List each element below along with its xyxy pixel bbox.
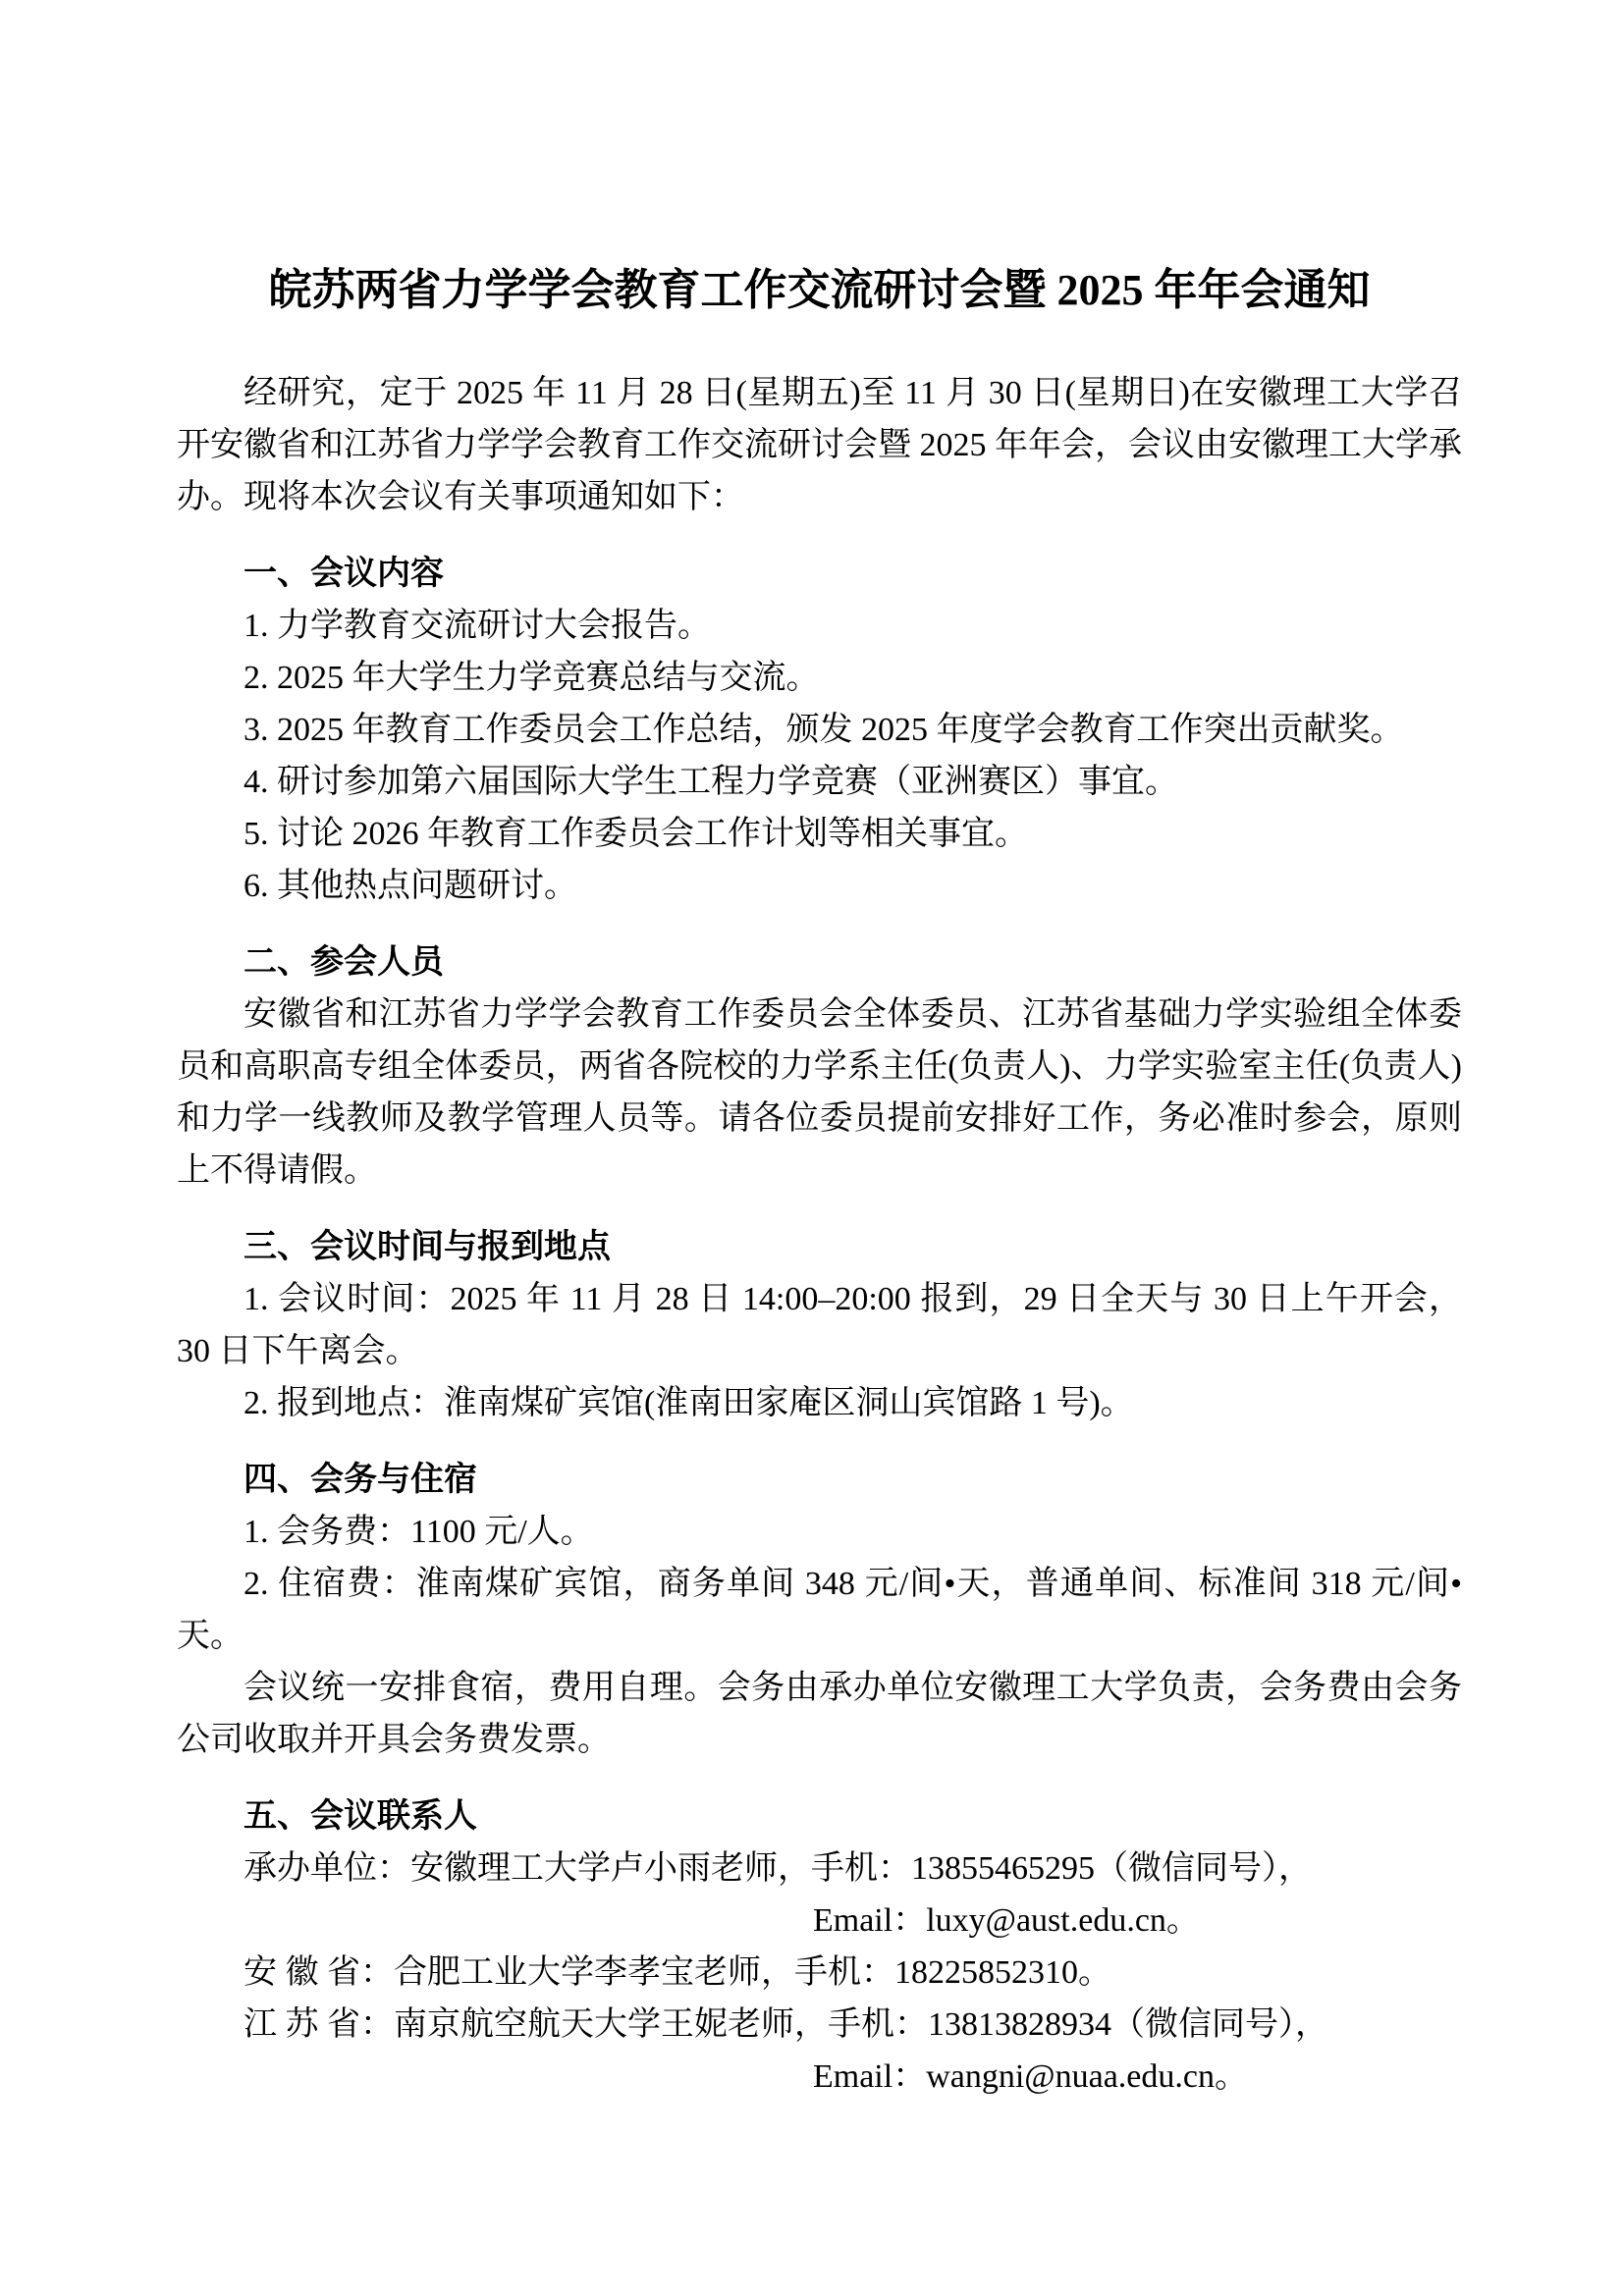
- intro-paragraph: 经研究，定于 2025 年 11 月 28 日(星期五)至 11 月 30 日(…: [177, 367, 1462, 523]
- section-heading-logistics-lodging: 四、会务与住宿: [177, 1454, 1462, 1506]
- list-item: 4. 研讨参加第六届国际大学生工程力学竞赛（亚洲赛区）事宜。: [177, 756, 1462, 808]
- contact-line-jiangsu: 江 苏 省：南京航空航天大学王妮老师，手机：13813828934（微信同号），: [177, 1999, 1462, 2051]
- section-heading-participants: 二、参会人员: [177, 936, 1462, 988]
- document-page: 皖苏两省力学学会教育工作交流研讨会暨 2025 年年会通知 经研究，定于 202…: [0, 0, 1623, 2296]
- logistics-paragraph: 会议统一安排食宿，费用自理。会务由承办单位安徽理工大学负责，会务费由会务公司收取…: [177, 1662, 1462, 1766]
- contact-line-anhui: 安 徽 省：合肥工业大学李孝宝老师，手机：18225852310。: [177, 1947, 1462, 1999]
- list-item: 2. 2025 年大学生力学竞赛总结与交流。: [177, 652, 1462, 704]
- list-item: 6. 其他热点问题研讨。: [177, 860, 1462, 912]
- contact-line-host: 承办单位：安徽理工大学卢小雨老师，手机：13855465295（微信同号），: [177, 1842, 1462, 1895]
- list-item: 5. 讨论 2026 年教育工作委员会工作计划等相关事宜。: [177, 808, 1462, 860]
- document-title: 皖苏两省力学学会教育工作交流研讨会暨 2025 年年会通知: [177, 263, 1462, 318]
- section-heading-contacts: 五、会议联系人: [177, 1790, 1462, 1842]
- list-item: 2. 住宿费：淮南煤矿宾馆，商务单间 348 元/间•天，普通单间、标准间 31…: [177, 1558, 1462, 1662]
- list-item: 2. 报到地点：淮南煤矿宾馆(淮南田家庵区洞山宾馆路 1 号)。: [177, 1377, 1462, 1429]
- contact-email-host: Email：luxy@aust.edu.cn。: [813, 1895, 1462, 1947]
- list-item: 1. 会务费：1100 元/人。: [177, 1506, 1462, 1558]
- contact-email-jiangsu: Email：wangni@nuaa.edu.cn。: [813, 2051, 1462, 2103]
- section-heading-meeting-content: 一、会议内容: [177, 548, 1462, 600]
- participants-paragraph: 安徽省和江苏省力学学会教育工作委员会全体委员、江苏省基础力学实验组全体委员和高职…: [177, 988, 1462, 1197]
- list-item: 3. 2025 年教育工作委员会工作总结，颁发 2025 年度学会教育工作突出贡…: [177, 704, 1462, 756]
- list-item: 1. 会议时间：2025 年 11 月 28 日 14:00–20:00 报到，…: [177, 1273, 1462, 1377]
- list-item: 1. 力学教育交流研讨大会报告。: [177, 600, 1462, 652]
- section-heading-time-location: 三、会议时间与报到地点: [177, 1221, 1462, 1273]
